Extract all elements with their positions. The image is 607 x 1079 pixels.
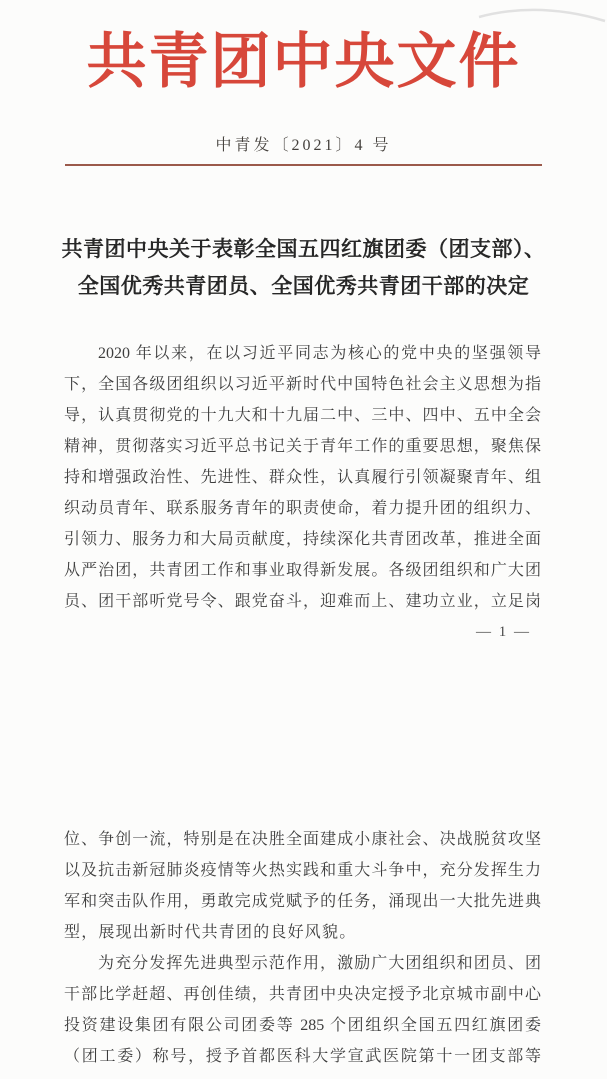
body-line: 干部比学赶超、再创佳绩，共青团中央决定授予北京城市副中心 (64, 979, 541, 1010)
body-line: 投资建设集团有限公司团委等 285 个团组织全国五四红旗团委 (64, 1010, 541, 1041)
document-title-line-2: 全国优秀共青团员、全国优秀共青团干部的决定 (56, 268, 551, 305)
body-line: 员、团干部听党号令、跟党奋斗，迎难而上、建功立业，立足岗 (64, 586, 541, 617)
body-line: 从严治团，共青团工作和事业取得新发展。各级团组织和广大团 (64, 555, 541, 586)
body-line: 2020 年以来，在以习近平同志为核心的党中央的坚强领导 (64, 338, 541, 369)
body-text-page-2: 位、争创一流，特别是在决胜全面建成小康社会、决战脱贫攻坚 以及抗击新冠肺炎疫情等… (64, 824, 541, 1072)
body-line: 织动员青年、联系服务青年的职责使命，着力提升团的组织力、 (64, 493, 541, 524)
body-line: 位、争创一流，特别是在决胜全面建成小康社会、决战脱贫攻坚 (64, 824, 541, 855)
body-line: 为充分发挥先进典型示范作用，激励广大团组织和团员、团 (64, 948, 541, 979)
page-corner-artifact (477, 0, 607, 28)
body-line: 以及抗击新冠肺炎疫情等火热实践和重大斗争中，充分发挥生力 (64, 855, 541, 886)
body-line: 导，认真贯彻党的十九大和十九届二中、三中、四中、五中全会 (64, 400, 541, 431)
body-line: 精神，贯彻落实习近平总书记关于青年工作的重要思想，聚焦保 (64, 431, 541, 462)
body-text-page-1: 2020 年以来，在以习近平同志为核心的党中央的坚强领导 下，全国各级团组织以习… (64, 338, 541, 617)
body-line: 型，展现出新时代共青团的良好风貌。 (64, 917, 541, 948)
body-line: 持和增强政治性、先进性、群众性，认真履行引领凝聚青年、组 (64, 462, 541, 493)
document-title-line-1: 共青团中央关于表彰全国五四红旗团委（团支部）、 (56, 231, 551, 268)
page-number: — 1 — (0, 623, 531, 641)
body-line: （团工委）称号，授予首都医科大学宣武医院第十一团支部等 (64, 1041, 541, 1072)
letterhead-divider-line (65, 164, 542, 166)
body-line: 军和突击队作用，勇敢完成党赋予的任务，涌现出一大批先进典 (64, 886, 541, 917)
document-title: 共青团中央关于表彰全国五四红旗团委（团支部）、 全国优秀共青团员、全国优秀共青团… (56, 231, 551, 305)
body-line: 引领力、服务力和大局贡献度，持续深化共青团改革，推进全面 (64, 524, 541, 555)
document-letterhead: 共青团中央文件 (0, 26, 607, 98)
body-line: 下，全国各级团组织以习近平新时代中国特色社会主义思想为指 (64, 369, 541, 400)
document-page: 共青团中央文件 中青发〔2021〕4 号 共青团中央关于表彰全国五四红旗团委（团… (0, 0, 607, 1079)
document-issue-number: 中青发〔2021〕4 号 (0, 137, 607, 154)
